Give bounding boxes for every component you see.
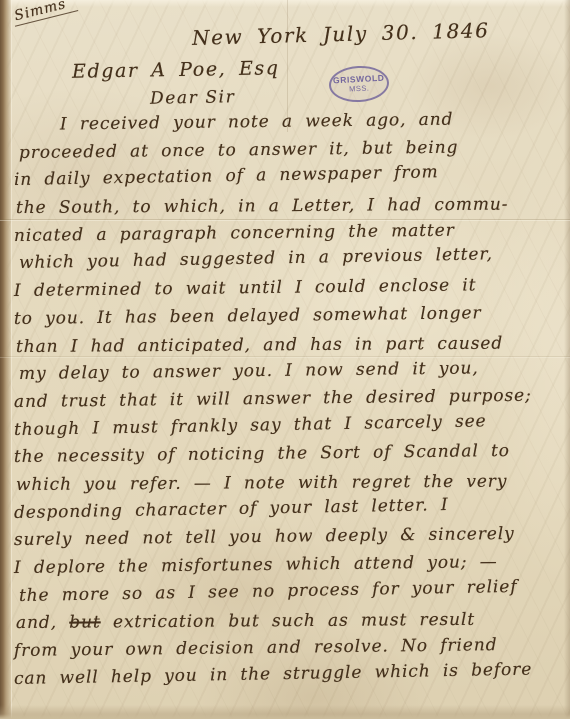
paper-edge-right xyxy=(564,0,570,719)
struck-word: but xyxy=(69,613,101,633)
griswold-collection-stamp: GRISWOLD MSS. xyxy=(328,64,390,103)
paper-edge-bottom xyxy=(0,705,570,719)
letter-scan: Simms New York July 30. 1846 Edgar A Poe… xyxy=(0,0,570,719)
salutation: Dear Sir xyxy=(150,87,236,108)
paper-edge-top xyxy=(0,0,570,7)
line-text: and, xyxy=(16,613,69,633)
letter-body: I received your note a week ago, andproc… xyxy=(14,112,564,693)
line-text: extrication but such as must result xyxy=(101,610,476,633)
paper-edge-left-highlight xyxy=(11,0,12,719)
recipient-line: Edgar A Poe, Esq xyxy=(72,57,280,83)
letter-line: to you. It has been delayed somewhat lon… xyxy=(14,299,564,333)
dateline: New York July 30. 1846 xyxy=(192,18,490,50)
letter-line: the necessity of noticing the Sort of Sc… xyxy=(14,438,564,472)
stamp-text-bottom: MSS. xyxy=(349,83,370,93)
